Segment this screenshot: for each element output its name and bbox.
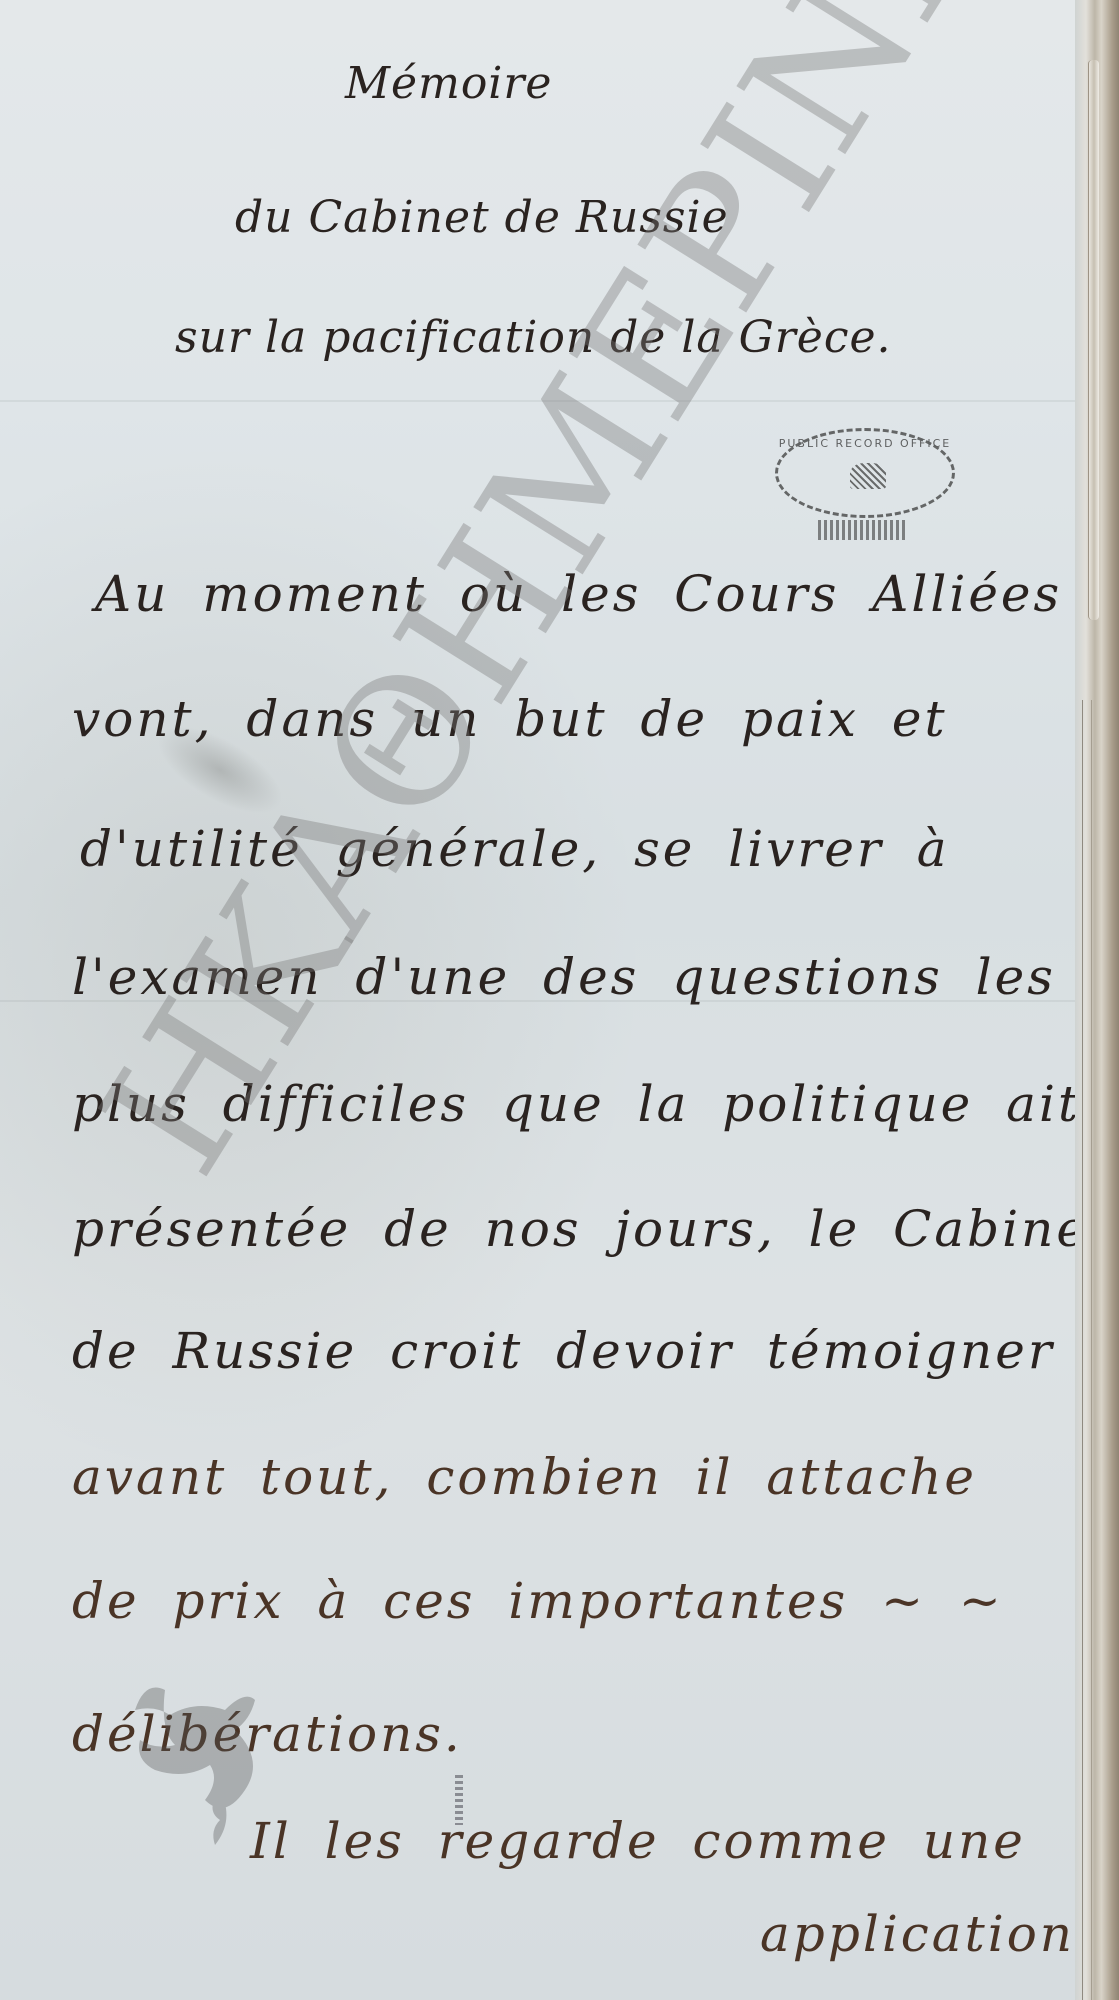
heading-line-2: du Cabinet de Russie xyxy=(235,192,729,243)
heading-line-1: Mémoire xyxy=(345,58,552,109)
adjacent-page-edge xyxy=(1082,700,1092,2000)
body-line: de prix à ces importantes ~ ~ xyxy=(72,1572,1004,1630)
public-record-office-stamp: PUBLIC RECORD OFFICE xyxy=(775,428,955,518)
body-line: Il les regarde comme une xyxy=(250,1812,1026,1870)
stamp-text: PUBLIC RECORD OFFICE xyxy=(778,437,952,450)
manuscript-page: Mémoire du Cabinet de Russie sur la paci… xyxy=(0,0,1075,2000)
body-line: application xyxy=(760,1905,1075,1963)
body-line: plus difficiles que la politique ait xyxy=(72,1075,1081,1133)
pencil-mark xyxy=(455,1775,463,1825)
body-line: l'examen d'une des questions les xyxy=(72,948,1056,1006)
body-line: Au moment où les Cours Alliées xyxy=(95,565,1062,623)
body-line: de Russie croit devoir témoigner xyxy=(72,1322,1055,1380)
adjacent-page-edge xyxy=(1088,60,1099,620)
griffin-logo-icon xyxy=(125,1670,285,1850)
paper-fold xyxy=(0,400,1075,402)
crown-icon xyxy=(850,463,886,489)
body-line: avant tout, combien il attache xyxy=(72,1448,977,1506)
heading-line-3: sur la pacification de la Grèce. xyxy=(175,312,892,363)
stamp-base-mark xyxy=(818,520,908,540)
body-line: d'utilité générale, se livrer à xyxy=(80,820,950,878)
body-line: vont, dans un but de paix et xyxy=(72,690,948,748)
body-line: présentée de nos jours, le Cabinet xyxy=(72,1200,1112,1258)
